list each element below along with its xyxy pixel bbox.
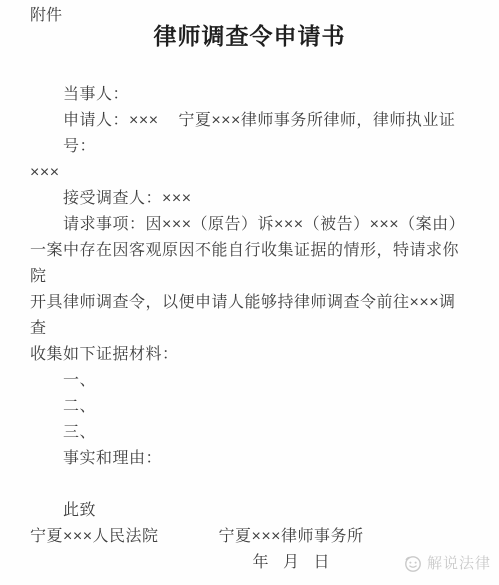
- body-line-list-item-1: 一、: [30, 368, 471, 394]
- body-line: 开具律师调查令，以便申请人能够持律师调查令前往×××调查: [30, 290, 471, 342]
- body-line-list-item-3: 三、: [30, 420, 471, 446]
- body-line: 当事人：: [30, 82, 471, 108]
- body-line: 收集如下证据材料：: [30, 342, 471, 368]
- body-line: 请求事项：因×××（原告）诉×××（被告）×××（案由）: [30, 212, 471, 238]
- body-line: 申请人：××× 宁夏×××律师事务所律师，律师执业证号：: [30, 108, 471, 160]
- body-line-list-item-2: 二、: [30, 394, 471, 420]
- watermark: 解说法律: [404, 555, 491, 573]
- law-firm-name: 宁夏×××律师事务所: [150, 524, 432, 550]
- body-line-blank: [30, 472, 471, 498]
- document-page: 附件 律师调查令申请书 当事人： 申请人：××× 宁夏×××律师事务所律师，律师…: [0, 0, 499, 585]
- date-line: 年 月 日: [150, 550, 432, 576]
- body-line: 一案中存在因客观原因不能自行收集证据的情形，特请求你院: [30, 238, 471, 290]
- watermark-text: 解说法律: [427, 555, 491, 573]
- signature-block: 宁夏×××律师事务所 年 月 日: [150, 524, 432, 576]
- body-line-facts-reasons: 事实和理由：: [30, 446, 471, 472]
- watermark-logo-icon: [404, 555, 422, 573]
- body-line: ×××: [30, 160, 471, 186]
- document-title: 律师调查令申请书: [0, 23, 499, 50]
- document-body: 当事人： 申请人：××× 宁夏×××律师事务所律师，律师执业证号： ××× 接受…: [30, 82, 471, 550]
- body-line: 接受调查人：×××: [30, 186, 471, 212]
- body-line-salutation: 此致: [30, 498, 471, 524]
